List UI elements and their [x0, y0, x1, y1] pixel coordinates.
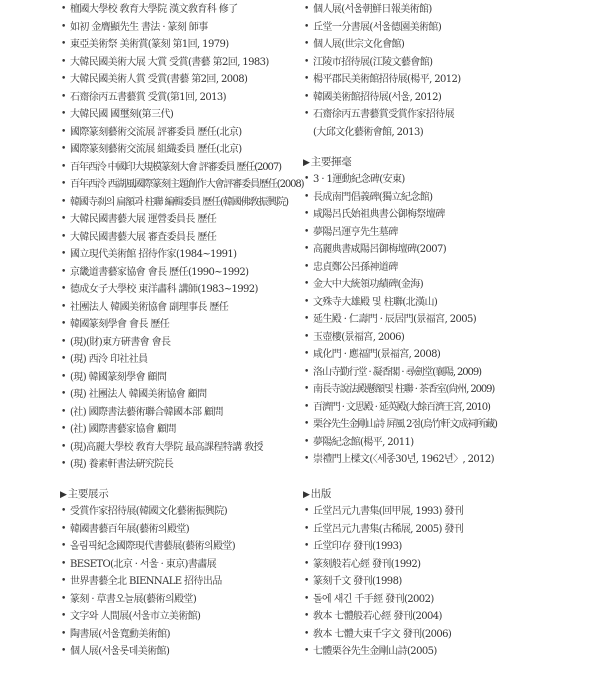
calligraphy-item: •咸陽呂氏始祖典書公御梅祭壇碑	[303, 206, 543, 224]
publication-item: •篆刻般若心經 發刊(1992)	[303, 556, 543, 574]
publication-item: •丘堂呂元九書集(古稀展, 2005) 發刊	[303, 521, 543, 539]
bullet-icon: •	[304, 329, 309, 347]
career-item: •(社) 國際書藝家協會 顧問	[60, 421, 300, 439]
bullet-icon: •	[304, 364, 308, 382]
career-item: •東亞美術祭 美術賞(篆刻 第1回, 1979)	[60, 36, 300, 54]
bullet-icon: •	[61, 229, 66, 247]
career-item: •韓國寺刹의 扁額과 柱聯 編輯委員 歷任(韓國佛敎振興院)	[60, 194, 300, 212]
calligraphy-item: •長成南門倡義碑(獨立紀念館)	[303, 189, 543, 207]
exhibition-item: •個人展(世宗文化會館)	[303, 36, 543, 54]
career-item: •(現)高麗大學校 敎育大學院 最高課程特講 敎授	[60, 439, 300, 457]
bullet-icon: •	[304, 521, 309, 539]
section-title-exhibitions: ▶主要展示	[60, 485, 300, 503]
bullet-icon: •	[304, 591, 309, 609]
bullet-icon: •	[304, 36, 309, 54]
bullet-icon: •	[304, 381, 308, 399]
career-item: •檀國大學校 敎育大學院 漢文敎育科 修了	[60, 1, 300, 19]
bullet-icon: •	[61, 369, 66, 387]
bullet-icon: •	[61, 89, 66, 107]
exhibitions-list: •受賞作家招待展(韓國文化藝術振興院) •韓國書藝百年展(藝術의殿堂) •올림픽…	[60, 503, 300, 661]
exhibition-item: •世界書藝全北 BIENNALE 招待出品	[60, 573, 300, 591]
bullet-icon: •	[61, 141, 66, 159]
calligraphy-item: •玉壺樓(景福宮, 2006)	[303, 329, 543, 347]
publication-item: •돌에 새긴 千手經 發刊(2002)	[303, 591, 543, 609]
bullet-icon: •	[61, 299, 66, 317]
exhibition-item: •石齋徐丙五書藝賞受賞作家招待展	[303, 106, 543, 124]
section-title-calligraphy: ▶主要揮毫	[303, 153, 543, 171]
publication-item: •敎本 七體般若心經 發刊(2004)	[303, 608, 543, 626]
triangle-marker-icon: ▶	[60, 490, 67, 500]
bullet-icon: •	[61, 538, 66, 556]
exhibition-item: •BESETO(北京 · 서울 · 東京)書畵展	[60, 556, 300, 574]
bullet-icon: •	[61, 456, 66, 474]
exhibition-item: •個人展(서울롯데美術館)	[60, 643, 300, 661]
calligraphy-item: •百濟門 · 文思殿 · 延英殿(大餘百濟王宮, 2010)	[303, 399, 543, 417]
bullet-icon: •	[61, 106, 66, 124]
bullet-icon: •	[61, 404, 66, 422]
career-item: •韓國篆刻學會 會長 歷任	[60, 316, 300, 334]
calligraphy-item: •南長寺說法殿懸額및 柱聯 · 茶香室(尙州, 2009)	[303, 381, 543, 399]
publications-section: ▶出版 •丘堂呂元九書集(回甲展, 1993) 發刊 •丘堂呂元九書集(古稀展,…	[303, 485, 543, 661]
bullet-icon: •	[304, 434, 309, 452]
career-item: •石齋徐丙五書藝賞 受賞(第1回, 2013)	[60, 89, 300, 107]
bullet-icon: •	[61, 591, 66, 609]
career-item: •(現) 西泠 印社社員	[60, 351, 300, 369]
calligraphy-item: •高麗典書咸陽呂御梅壇碑(2007)	[303, 241, 543, 259]
bullet-icon: •	[61, 351, 66, 369]
career-item: •大韓民國美術大展 大賞 受賞(書藝 第2回, 1983)	[60, 54, 300, 72]
bullet-icon: •	[61, 71, 66, 89]
career-list: •檀國大學校 敎育大學院 漢文敎育科 修了 •如初 金膺顯先生 書法 · 篆刻 …	[60, 1, 300, 474]
exhibition-item: •個人展(서울朝鮮日報美術館)	[303, 1, 543, 19]
bullet-icon: •	[304, 224, 309, 242]
bullet-icon: •	[304, 399, 308, 417]
bullet-icon: •	[304, 311, 309, 329]
bullet-icon: •	[61, 556, 66, 574]
bullet-icon: •	[304, 19, 309, 37]
calligraphy-list: •3 · 1運動紀念碑(安東) •長成南門倡義碑(獨立紀念館) •咸陽呂氏始祖典…	[303, 171, 543, 469]
bullet-icon: •	[304, 259, 309, 277]
calligraphy-item: •咸化門 · 應福門(景福宮, 2008)	[303, 346, 543, 364]
career-item: •如初 金膺顯先生 書法 · 篆刻 師事	[60, 19, 300, 37]
calligraphy-item: •忠貞鄭公呂孫神道碑	[303, 259, 543, 277]
career-item: •德成女子大學校 東洋畵科 講師(1983~1992)	[60, 281, 300, 299]
calligraphy-item: •夢陽紀念館(楊平, 2011)	[303, 434, 543, 452]
bullet-icon: •	[304, 241, 309, 259]
bullet-icon: •	[61, 421, 66, 439]
bullet-icon: •	[61, 194, 65, 212]
publications-list: •丘堂呂元九書集(回甲展, 1993) 發刊 •丘堂呂元九書集(古稀展, 200…	[303, 503, 543, 661]
bullet-icon: •	[61, 159, 65, 177]
exhibition-item: •文字와 人間展(서울市立美術館)	[60, 608, 300, 626]
exhibition-item: •受賞作家招待展(韓國文化藝術振興院)	[60, 503, 300, 521]
bullet-icon: •	[61, 626, 66, 644]
exhibitions-continued-list: •個人展(서울朝鮮日報美術館) •丘堂一分書展(서울德園美術館) •個人展(世宗…	[303, 1, 543, 141]
calligraphy-item: •延生殿 · 仁壽門 · 辰居門(景福宮, 2005)	[303, 311, 543, 329]
bullet-icon: •	[61, 54, 66, 72]
exhibition-item: •陶書展(서울寬勳美術館)	[60, 626, 300, 644]
career-item: •大韓民國書藝大展 運營委員長 歷任	[60, 211, 300, 229]
bullet-icon: •	[61, 521, 66, 539]
exhibition-item: •韓國美術館招待展(서울, 2012)	[303, 89, 543, 107]
career-item: •(現) 社團法人 韓國美術協會 顧問	[60, 386, 300, 404]
bullet-icon: •	[61, 643, 66, 661]
calligraphy-item: •夢陽呂運亨先生墓碑	[303, 224, 543, 242]
bullet-icon: •	[61, 334, 66, 352]
bullet-icon: •	[304, 608, 309, 626]
career-item: •社團法人 韓國美術協會 副理事長 歷任	[60, 299, 300, 317]
career-item: •百年西泠 中國印大規模篆刻大會 評審委員 歷任(2007)	[60, 159, 300, 177]
career-item: •(現) 韓國篆刻學會 顧問	[60, 369, 300, 387]
bullet-icon: •	[304, 171, 309, 189]
publication-item: •丘堂印存 發刊(1993)	[303, 538, 543, 556]
triangle-marker-icon: ▶	[303, 490, 310, 500]
bullet-icon: •	[61, 211, 66, 229]
bullet-icon: •	[304, 573, 309, 591]
calligraphy-item: •崇禮門上樑文(〈세종30년, 1962년〉, 2012)	[303, 451, 543, 469]
publication-item: •篆刻千文 發刊(1998)	[303, 573, 543, 591]
bullet-icon: •	[304, 276, 309, 294]
bullet-icon: •	[304, 189, 309, 207]
bullet-icon: •	[304, 503, 309, 521]
calligraphy-item: •栗谷先生金剛山詩 屛風 2점(烏竹軒文成祠所藏)	[303, 416, 543, 434]
bullet-icon: •	[61, 439, 66, 457]
bullet-icon: •	[61, 608, 66, 626]
bullet-icon: •	[304, 538, 309, 556]
exhibition-item: •올림픽紀念國際現代書藝展(藝術의殿堂)	[60, 538, 300, 556]
bullet-icon: •	[61, 124, 66, 142]
exhibition-item: •篆刻 · 草書오늘展(藝術의殿堂)	[60, 591, 300, 609]
publication-item: •七體栗谷先生金剛山詩(2005)	[303, 643, 543, 661]
bullet-icon: •	[61, 36, 66, 54]
bullet-icon: •	[304, 643, 309, 661]
publication-item: •丘堂呂元九書集(回甲展, 1993) 發刊	[303, 503, 543, 521]
career-item: •國際篆刻藝術交流展 組織委員 歷任(北京)	[60, 141, 300, 159]
exhibition-item-continuation: (大邱文化藝術會館, 2013)	[303, 124, 543, 142]
bullet-icon: •	[304, 89, 309, 107]
career-item: •大韓民國書藝大展 審査委員長 歷任	[60, 229, 300, 247]
section-title-publications: ▶出版	[303, 485, 543, 503]
bullet-icon: •	[304, 206, 309, 224]
exhibition-item: •楊平郡民美術館招待展(楊平, 2012)	[303, 71, 543, 89]
bullet-icon: •	[304, 416, 308, 434]
bullet-icon: •	[61, 176, 65, 194]
career-item: •大韓民國 國璽刻(第三代)	[60, 106, 300, 124]
career-item: •國立現代美術館 招待作家(1984~1991)	[60, 246, 300, 264]
bullet-icon: •	[304, 294, 309, 312]
bullet-icon: •	[304, 556, 309, 574]
calligraphy-section: ▶主要揮毫 •3 · 1運動紀念碑(安東) •長成南門倡義碑(獨立紀念館) •咸…	[303, 153, 543, 469]
calligraphy-item: •文殊寺大雄殿 및 柱聯(北漢山)	[303, 294, 543, 312]
career-item: •(現) 養素軒書法硏究院長	[60, 456, 300, 474]
bullet-icon: •	[304, 451, 309, 469]
career-item: •(現)(財)東方硏書會 會長	[60, 334, 300, 352]
calligraphy-item: •3 · 1運動紀念碑(安東)	[303, 171, 543, 189]
bullet-icon: •	[304, 346, 309, 364]
bullet-icon: •	[304, 71, 309, 89]
exhibition-item: •江陵市招待展(江陵文藝會館)	[303, 54, 543, 72]
career-item: •國際篆刻藝術交流展 評審委員 歷任(北京)	[60, 124, 300, 142]
publication-item: •敎本 七體大東千字文 發刊(2006)	[303, 626, 543, 644]
bullet-icon: •	[61, 386, 66, 404]
bullet-icon: •	[61, 1, 66, 19]
career-item: •(社) 國際書法藝術聯合韓國本部 顧問	[60, 404, 300, 422]
right-top-column: •個人展(서울朝鮮日報美術館) •丘堂一分書展(서울德園美術館) •個人展(世宗…	[303, 1, 543, 469]
exhibition-item: •丘堂一分書展(서울德園美術館)	[303, 19, 543, 37]
bullet-icon: •	[61, 19, 66, 37]
bullet-icon: •	[61, 573, 66, 591]
bullet-icon: •	[304, 106, 309, 124]
career-item: •京畿道書藝家協會 會長 歷任(1990~1992)	[60, 264, 300, 282]
exhibition-item: •韓國書藝百年展(藝術의殿堂)	[60, 521, 300, 539]
calligraphy-item: •金大中大統領功績碑(金海)	[303, 276, 543, 294]
bullet-icon: •	[61, 316, 66, 334]
triangle-marker-icon: ▶	[303, 158, 310, 168]
bullet-icon: •	[61, 503, 66, 521]
career-section: •檀國大學校 敎育大學院 漢文敎育科 修了 •如初 金膺顯先生 書法 · 篆刻 …	[60, 1, 300, 474]
bullet-icon: •	[61, 246, 66, 264]
bullet-icon: •	[61, 264, 66, 282]
bullet-icon: •	[61, 281, 66, 299]
career-item: •大韓民國美術人賞 受賞(書藝 第2回, 2008)	[60, 71, 300, 89]
career-item: •百年西泠 西湖風國際篆刻主題創作大會評審委員歷任(2008)	[60, 176, 300, 194]
exhibitions-section: ▶主要展示 •受賞作家招待展(韓國文化藝術振興院) •韓國書藝百年展(藝術의殿堂…	[60, 485, 300, 661]
bullet-icon: •	[304, 626, 309, 644]
calligraphy-item: •洛山寺勤行堂 · 凝香閣 · 尋劍堂(襄陽, 2009)	[303, 364, 543, 382]
bullet-icon: •	[304, 1, 309, 19]
bullet-icon: •	[304, 54, 309, 72]
